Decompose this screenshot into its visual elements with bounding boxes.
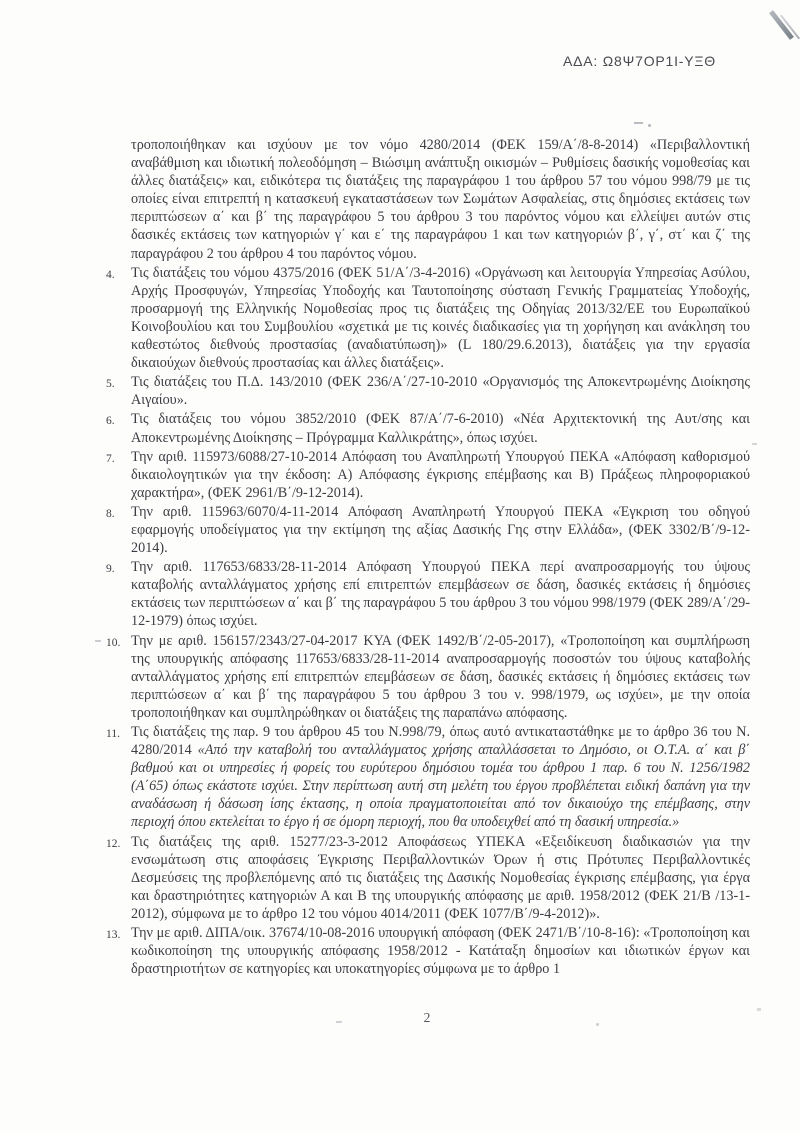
list-item: 6.Τις διατάξεις του νόμου 3852/2010 (ΦΕΚ…	[104, 410, 750, 446]
item-text: Τις διατάξεις του Π.Δ. 143/2010 (ΦΕΚ 236…	[131, 373, 750, 409]
item-number: 10.	[104, 632, 131, 722]
plain-text: Την με αριθ. 156157/2343/27-04-2017 ΚΥΑ …	[131, 633, 750, 721]
scan-corner-fold-mark	[762, 6, 794, 46]
quoted-italic-text: «Από την καταβολή του ανταλλάγματος χρήσ…	[131, 742, 750, 830]
scan-speck	[634, 122, 643, 124]
scan-speck	[648, 124, 651, 127]
item-number: 12.	[104, 833, 131, 923]
item-number: 5.	[104, 373, 131, 409]
item-number: 4.	[104, 264, 131, 373]
list-item: 4.Τις διατάξεις του νόμου 4375/2016 (ΦΕΚ…	[104, 264, 750, 373]
item-text: Τις διατάξεις της αριθ. 15277/23-3-2012 …	[131, 833, 750, 923]
list-item: 5.Τις διατάξεις του Π.Δ. 143/2010 (ΦΕΚ 2…	[104, 373, 750, 409]
document-page: ΑΔΑ: Ω8Ψ7ΟΡ1Ι-ΥΞΘ τροποποιήθηκαν και ισχ…	[0, 0, 800, 1132]
plain-text: Την με αριθ. ΔΙΠΑ/οικ. 37674/10-08-2016 …	[131, 925, 750, 977]
paragraph-continuation: τροποποιήθηκαν και ισχύουν με τον νόμο 4…	[131, 136, 750, 263]
plain-text: Τις διατάξεις της αριθ. 15277/23-3-2012 …	[131, 834, 750, 922]
item-number: 6.	[104, 410, 131, 446]
list-item: 12.Τις διατάξεις της αριθ. 15277/23-3-20…	[104, 833, 750, 923]
plain-text: Τις διατάξεις του Π.Δ. 143/2010 (ΦΕΚ 236…	[131, 374, 750, 408]
document-body: τροποποιήθηκαν και ισχύουν με τον νόμο 4…	[104, 136, 750, 978]
plain-text: Την αριθ. 115963/6070/4-11-2014 Απόφαση …	[131, 504, 750, 556]
ada-code: ΑΔΑ: Ω8Ψ7ΟΡ1Ι-ΥΞΘ	[563, 53, 716, 69]
plain-text: Την αριθ. 117653/6833/28-11-2014 Απόφαση…	[131, 559, 750, 629]
item-number: 9.	[104, 558, 131, 630]
list-item: 9.Την αριθ. 117653/6833/28-11-2014 Απόφα…	[104, 558, 750, 630]
scan-speck	[95, 640, 101, 642]
item-number: 13.	[104, 924, 131, 978]
plain-text: Τις διατάξεις του νόμου 3852/2010 (ΦΕΚ 8…	[131, 411, 750, 445]
item-number: 8.	[104, 503, 131, 557]
page-number: 2	[104, 1010, 750, 1026]
plain-text: Την αριθ. 115973/6088/27-10-2014 Απόφαση…	[131, 449, 750, 501]
item-text: Την με αριθ. ΔΙΠΑ/οικ. 37674/10-08-2016 …	[131, 924, 750, 978]
item-number: 7.	[104, 448, 131, 502]
list-item: 13.Την με αριθ. ΔΙΠΑ/οικ. 37674/10-08-20…	[104, 924, 750, 978]
item-text: Την αριθ. 117653/6833/28-11-2014 Απόφαση…	[131, 558, 750, 630]
item-text: Τις διατάξεις του νόμου 3852/2010 (ΦΕΚ 8…	[131, 410, 750, 446]
item-text: Την αριθ. 115963/6070/4-11-2014 Απόφαση …	[131, 503, 750, 557]
list-item: 10.Την με αριθ. 156157/2343/27-04-2017 Κ…	[104, 632, 750, 722]
plain-text: Τις διατάξεις του νόμου 4375/2016 (ΦΕΚ 5…	[131, 265, 750, 371]
item-number: 11.	[104, 723, 131, 832]
reference-list: 4.Τις διατάξεις του νόμου 4375/2016 (ΦΕΚ…	[104, 264, 750, 979]
list-item: 11.Τις διατάξεις της παρ. 9 του άρθρου 4…	[104, 723, 750, 832]
item-text: Τις διατάξεις του νόμου 4375/2016 (ΦΕΚ 5…	[131, 264, 750, 373]
item-text: Την αριθ. 115973/6088/27-10-2014 Απόφαση…	[131, 448, 750, 502]
list-item: 7.Την αριθ. 115973/6088/27-10-2014 Απόφα…	[104, 448, 750, 502]
scan-speck	[757, 1008, 761, 1011]
scan-speck	[752, 443, 757, 445]
list-item: 8.Την αριθ. 115963/6070/4-11-2014 Απόφασ…	[104, 503, 750, 557]
item-text: Την με αριθ. 156157/2343/27-04-2017 ΚΥΑ …	[131, 632, 750, 722]
item-text: Τις διατάξεις της παρ. 9 του άρθρου 45 τ…	[131, 723, 750, 832]
